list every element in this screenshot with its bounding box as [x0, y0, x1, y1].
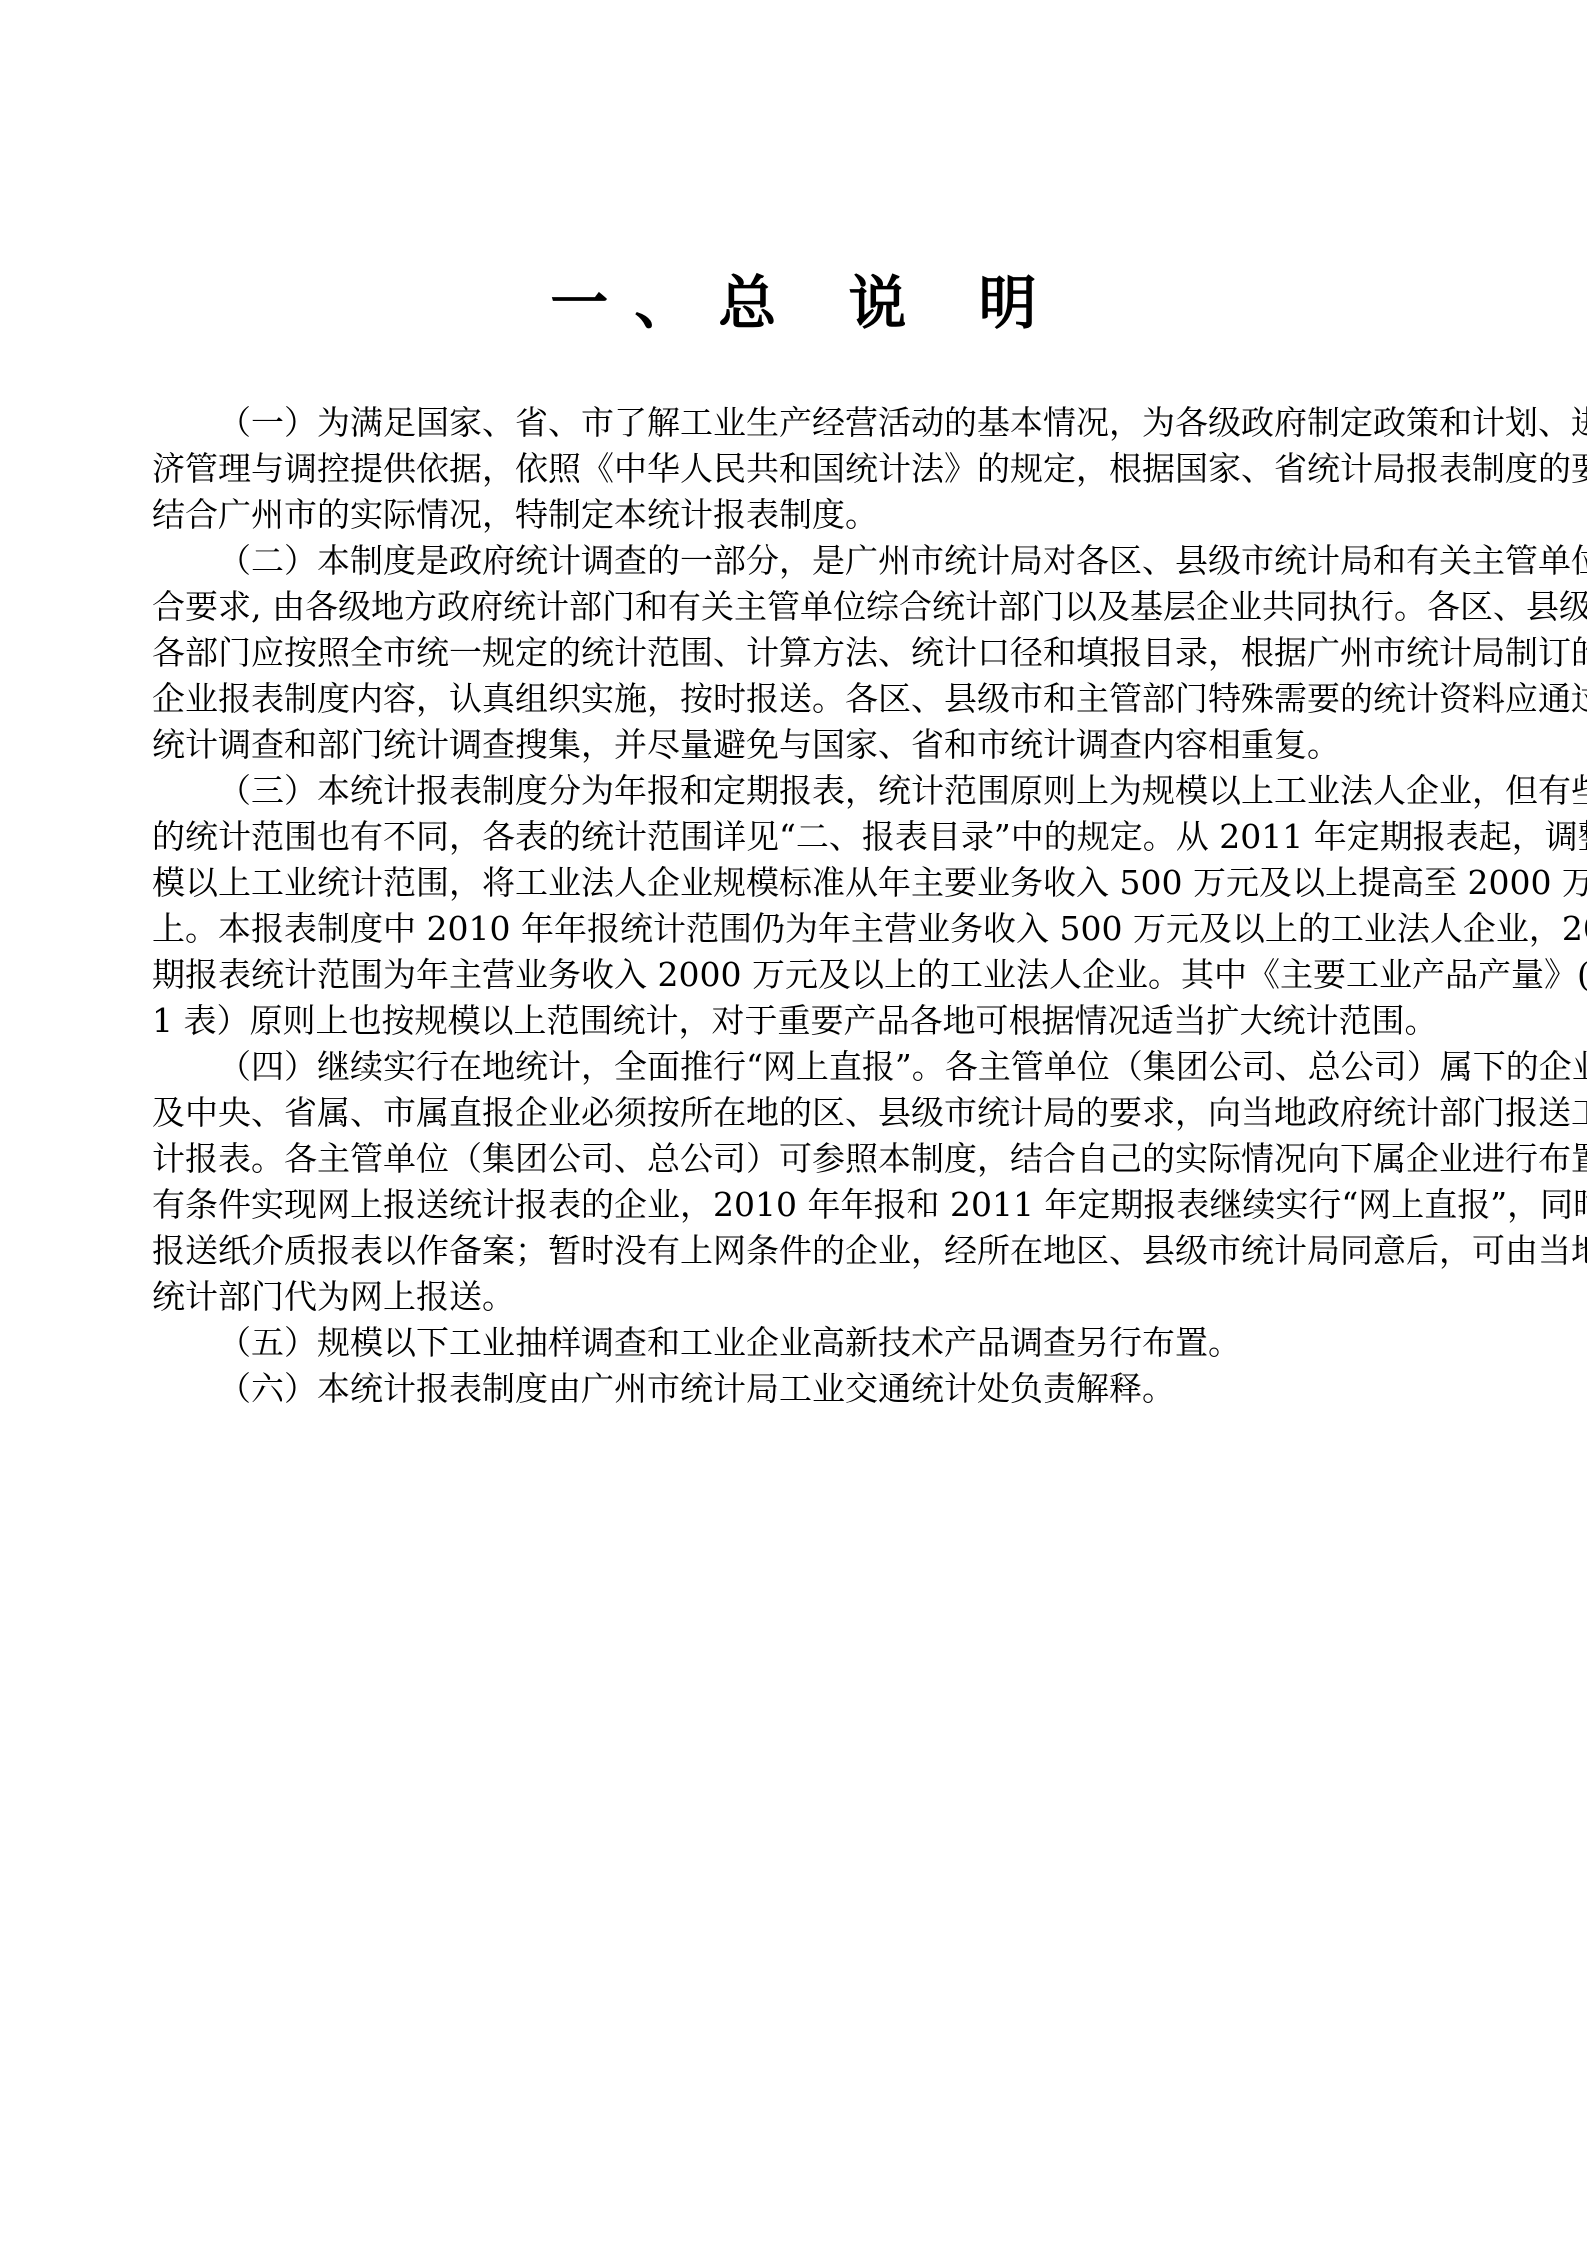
paragraph-2: （二）本制度是政府统计调查的一部分，是广州市统计局对各区、县级市统计局和有关主管…	[152, 538, 1442, 768]
paragraph-line: 期报表统计范围为年主营业务收入 2000 万元及以上的工业法人企业。其中《主要工…	[152, 952, 1442, 998]
page-title: 一、总 说 明	[0, 268, 1587, 338]
paragraph-line: 报送纸介质报表以作备案；暂时没有上网条件的企业，经所在地区、县级市统计局同意后，…	[152, 1228, 1442, 1274]
paragraph-line: （四）继续实行在地统计，全面推行“网上直报”。各主管单位（集团公司、总公司）属下…	[152, 1044, 1442, 1090]
paragraph-line: 统计调查和部门统计调查搜集，并尽量避免与国家、省和市统计调查内容相重复。	[152, 722, 1442, 768]
paragraph-line: 模以上工业统计范围，将工业法人企业规模标准从年主要业务收入 500 万元及以上提…	[152, 860, 1442, 906]
paragraph-line: 及中央、省属、市属直报企业必须按所在地的区、县级市统计局的要求，向当地政府统计部…	[152, 1090, 1442, 1136]
paragraph-line: 计报表。各主管单位（集团公司、总公司）可参照本制度，结合自己的实际情况向下属企业…	[152, 1136, 1442, 1182]
paragraph-line: （二）本制度是政府统计调查的一部分，是广州市统计局对各区、县级市统计局和有关主管…	[152, 538, 1442, 584]
paragraph-line: 结合广州市的实际情况，特制定本统计报表制度。	[152, 492, 1442, 538]
paragraph-line: （一）为满足国家、省、市了解工业生产经营活动的基本情况，为各级政府制定政策和计划…	[152, 400, 1442, 446]
paragraph-3: （三）本统计报表制度分为年报和定期报表，统计范围原则上为规模以上工业法人企业，但…	[152, 768, 1442, 1044]
paragraph-line: （三）本统计报表制度分为年报和定期报表，统计范围原则上为规模以上工业法人企业，但…	[152, 768, 1442, 814]
paragraph-line: 有条件实现网上报送统计报表的企业，2010 年年报和 2011 年定期报表继续实…	[152, 1182, 1442, 1228]
paragraph-1: （一）为满足国家、省、市了解工业生产经营活动的基本情况，为各级政府制定政策和计划…	[152, 400, 1442, 538]
paragraph-line: 济管理与调控提供依据，依照《中华人民共和国统计法》的规定，根据国家、省统计局报表…	[152, 446, 1442, 492]
paragraph-line: 上。本报表制度中 2010 年年报统计范围仍为年主营业务收入 500 万元及以上…	[152, 906, 1442, 952]
paragraph-line: 统计部门代为网上报送。	[152, 1274, 1442, 1320]
paragraph-line: 的统计范围也有不同，各表的统计范围详见“二、报表目录”中的规定。从 2011 年…	[152, 814, 1442, 860]
document-page: 一、总 说 明 （一）为满足国家、省、市了解工业生产经营活动的基本情况，为各级政…	[0, 0, 1587, 2245]
paragraph-line: （六）本统计报表制度由广州市统计局工业交通统计处负责解释。	[152, 1366, 1442, 1412]
paragraph-line: 企业报表制度内容，认真组织实施，按时报送。各区、县级市和主管部门特殊需要的统计资…	[152, 676, 1442, 722]
paragraph-line: 各部门应按照全市统一规定的统计范围、计算方法、统计口径和填报目录，根据广州市统计…	[152, 630, 1442, 676]
document-body: （一）为满足国家、省、市了解工业生产经营活动的基本情况，为各级政府制定政策和计划…	[152, 400, 1442, 1412]
paragraph-4: （四）继续实行在地统计，全面推行“网上直报”。各主管单位（集团公司、总公司）属下…	[152, 1044, 1442, 1320]
paragraph-line: 1 表）原则上也按规模以上范围统计，对于重要产品各地可根据情况适当扩大统计范围。	[152, 998, 1442, 1044]
paragraph-6: （六）本统计报表制度由广州市统计局工业交通统计处负责解释。	[152, 1366, 1442, 1412]
paragraph-line: （五）规模以下工业抽样调查和工业企业高新技术产品调查另行布置。	[152, 1320, 1442, 1366]
paragraph-5: （五）规模以下工业抽样调查和工业企业高新技术产品调查另行布置。	[152, 1320, 1442, 1366]
paragraph-line: 合要求, 由各级地方政府统计部门和有关主管单位综合统计部门以及基层企业共同执行。…	[152, 584, 1442, 630]
